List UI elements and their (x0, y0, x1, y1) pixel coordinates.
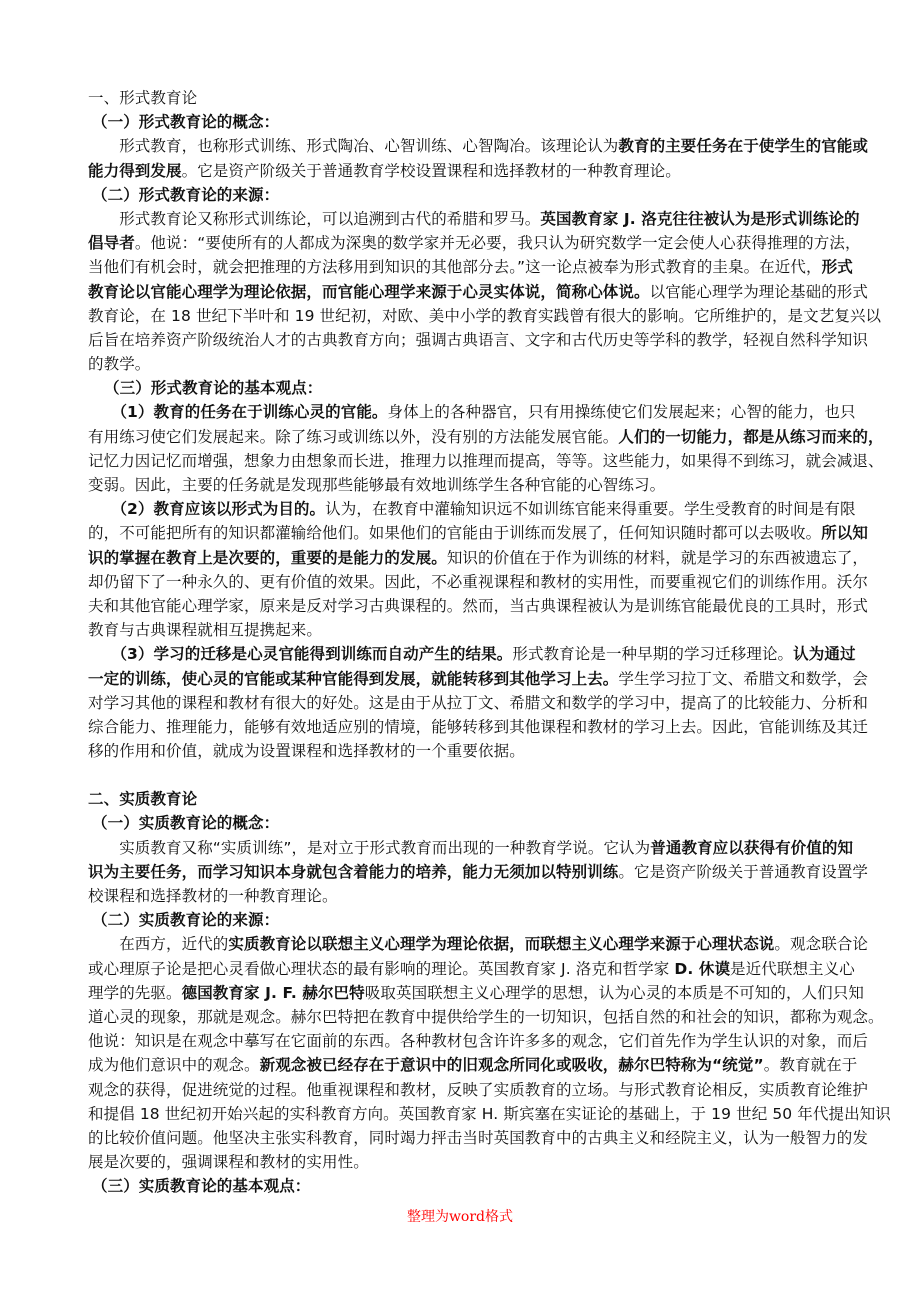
text: 吸取英国联想主义心理学的思想，认为心灵的本质是不可知的，人们只知 (365, 984, 864, 1002)
document-page: 一、形式教育论 （一）形式教育论的概念： 形式教育，也称形式训练、形式陶冶、心智… (88, 86, 870, 1198)
text-line: 形式教育，也称形式训练、形式陶冶、心智训练、心智陶冶。该理论认为教育的主要任务在… (88, 134, 870, 158)
subsection-heading: （一）形式教育论的概念： (88, 110, 870, 134)
text: 展是次要的，强调课程和教材的实用性。 (88, 1153, 369, 1171)
text: 。它是资产阶级关于普通教育设置学 (618, 863, 868, 881)
text-line: 记忆力因记忆而增强，想象力由想象而长进，推理力以推理而提高，等等。这些能力，如果… (88, 449, 870, 473)
text-line: 教育论以官能心理学为理论依据，而官能心理学来源于心灵实体说，简称心体说。以官能心… (88, 280, 870, 304)
text: 记忆力因记忆而增强，想象力由想象而长进，推理力以推理而提高，等等。这些能力，如果… (88, 452, 884, 470)
bold-text: 英国教育家 J. 洛克往往被认为是形式训练论的 (540, 210, 859, 228)
text: 身体上的各种器官，只有用操练使它们发展起来；心智的能力，也只 (388, 403, 856, 421)
text-line: （1）教育的任务在于训练心灵的官能。身体上的各种器官，只有用操练使它们发展起来；… (88, 400, 870, 424)
text-line: 移的作用和价值，就成为设置课程和选择教材的一个重要依据。 (88, 739, 870, 763)
paragraph: 在西方，近代的实质教育论以联想主义心理学为理论依据，而联想主义心理学来源于心理状… (88, 932, 870, 1174)
text-line: 或心理原子论是把心灵看做心理状态的最有影响的理论。英国教育家 J. 洛克和哲学家… (88, 957, 870, 981)
text: 以官能心理学为理论基础的形式 (650, 283, 868, 301)
text-line: 在西方，近代的实质教育论以联想主义心理学为理论依据，而联想主义心理学来源于心理状… (88, 932, 870, 956)
text-line: 对学习其他的课程和教材有很大的好处。这是由于从拉丁文、希腊文和数学的学习中，提高… (88, 691, 870, 715)
bold-text: 认为通过 (793, 645, 855, 663)
text-line: 教育与古典课程就相互提携起来。 (88, 618, 870, 642)
text-line: 一定的训练，使心灵的官能或某种官能得到发展，就能转移到其他学习上去。学生学习拉丁… (88, 667, 870, 691)
bold-text: （1）教育的任务在于训练心灵的官能。 (88, 403, 388, 421)
text: 夫和其他官能心理学家，原来是反对学习古典课程的。然而，当古典课程被认为是训练官能… (88, 597, 868, 615)
text-line: 成为他们意识中的观念。新观念被已经存在于意识中的旧观念所同化或吸收，赫尔巴特称为… (88, 1053, 870, 1077)
text-line: 他说：知识是在观念中摹写在它面前的东西。各种教材包含许许多多的观念，它们首先作为… (88, 1029, 870, 1053)
text-line: 当他们有机会时，就会把推理的方法移用到知识的其他部分去。”这一论点被奉为形式教育… (88, 255, 870, 279)
text-line: 的，不可能把所有的知识都灌输给他们。如果他们的官能由于训练而发展了，任何知识随时… (88, 521, 870, 545)
text-line: 理学的先驱。德国教育家 J. F. 赫尔巴特吸取英国联想主义心理学的思想，认为心… (88, 981, 870, 1005)
bold-text: 倡导者 (88, 234, 135, 252)
paragraph-point-3: （3）学习的迁移是心灵官能得到训练而自动产生的结果。形式教育论是一种早期的学习迁… (88, 642, 870, 763)
text: 对学习其他的课程和教材有很大的好处。这是由于从拉丁文、希腊文和数学的学习中，提高… (88, 694, 868, 712)
text-line: 道心灵的现象，那就是观念。赫尔巴特把在教育中提供给学生的一切知识，包括自然的和社… (88, 1005, 870, 1029)
bold-text: D. 休谟 (674, 960, 730, 978)
text-line: 后旨在培养资产阶级统治人才的古典教育方向；强调古典语言、文字和古代历史等学科的教… (88, 328, 870, 352)
text-line: 和提倡 18 世纪初开始兴起的实科教育方向。英国教育家 H. 斯宾塞在实证论的基… (88, 1102, 870, 1126)
paragraph-point-1: （1）教育的任务在于训练心灵的官能。身体上的各种器官，只有用操练使它们发展起来；… (88, 400, 870, 497)
bold-text: （2）教育应该以形式为目的。 (88, 500, 325, 518)
subsection-heading: （二）形式教育论的来源： (88, 183, 870, 207)
text-line: 倡导者。他说：“要使所有的人都成为深奥的数学家并无必要，我只认为研究数学一定会使… (88, 231, 870, 255)
subsection-heading: （一）实质教育论的概念： (88, 811, 870, 835)
text-line: 教育论，在 18 世纪下半叶和 19 世纪初，对欧、美中小学的教育实践曾有很大的… (88, 304, 870, 328)
text: 实质教育又称“实质训练”，是对立于形式教育而出现的一种教育学说。它认为 (88, 839, 650, 857)
bold-text: 德国教育家 J. F. 赫尔巴特 (182, 984, 365, 1002)
bold-text: 形式 (822, 258, 853, 276)
text-line: 能力得到发展。它是资产阶级关于普通教育学校设置课程和选择教材的一种教育理论。 (88, 159, 870, 183)
text: 认为，在教育中灌输知识远不如训练官能来得重要。学生受教育的时间是有限 (325, 500, 855, 518)
text-line: 有用练习使它们发展起来。除了练习或训练以外，没有别的方法能发展官能。人们的一切能… (88, 425, 870, 449)
text: 当他们有机会时，就会把推理的方法移用到知识的其他部分去。”这一论点被奉为形式教育… (88, 258, 822, 276)
text: 校课程和选择教材的一种教育理论。 (88, 887, 338, 905)
bold-text: 所以知 (821, 524, 868, 542)
text-line: 却仍留下了一种永久的、更有价值的效果。因此，不必重视课程和教材的实用性，而要重视… (88, 570, 870, 594)
bold-text: 实质教育论以联想主义心理学为理论依据，而联想主义心理学来源于心理状态说 (228, 935, 774, 953)
text-line: 实质教育又称“实质训练”，是对立于形式教育而出现的一种教育学说。它认为普通教育应… (88, 836, 870, 860)
text: 却仍留下了一种永久的、更有价值的效果。因此，不必重视课程和教材的实用性，而要重视… (88, 573, 868, 591)
text: 变弱。因此，主要的任务就是发现那些能够最有效地训练学生各种官能的心智练习。 (88, 476, 665, 494)
text: 在西方，近代的 (88, 935, 228, 953)
text: 知识的价值在于作为训练的材料，就是学习的东西被遗忘了， (447, 549, 868, 567)
text: 的比较价值问题。他坚决主张实科教育，同时竭力抨击当时英国教育中的古典主义和经院主… (88, 1129, 868, 1147)
bold-text: 识的掌握在教育上是次要的，重要的是能力的发展。 (88, 549, 447, 567)
text-line: （3）学习的迁移是心灵官能得到训练而自动产生的结果。形式教育论是一种早期的学习迁… (88, 642, 870, 666)
text: 。它是资产阶级关于普通教育学校设置课程和选择教材的一种教育理论。 (182, 162, 681, 180)
text: 。他说：“要使所有的人都成为深奥的数学家并无必要，我只认为研究数学一定会使人心获… (135, 234, 861, 252)
text: 。教育就在于 (764, 1056, 858, 1074)
text: 形式教育，也称形式训练、形式陶冶、心智训练、心智陶冶。该理论认为 (88, 137, 618, 155)
text-line: 夫和其他官能心理学家，原来是反对学习古典课程的。然而，当古典课程被认为是训练官能… (88, 594, 870, 618)
subsection-heading: （三）形式教育论的基本观点： (88, 376, 870, 400)
bold-text: （3）学习的迁移是心灵官能得到训练而自动产生的结果。 (88, 645, 512, 663)
text: 他说：知识是在观念中摹写在它面前的东西。各种教材包含许许多多的观念，它们首先作为… (88, 1032, 868, 1050)
bold-text: 普通教育应以获得有价值的知 (650, 839, 853, 857)
paragraph-point-2: （2）教育应该以形式为目的。认为，在教育中灌输知识远不如训练官能来得重要。学生受… (88, 497, 870, 642)
subsection-heading: （二）实质教育论的来源： (88, 908, 870, 932)
text: 是近代联想主义心 (730, 960, 855, 978)
text: 理学的先驱。 (88, 984, 182, 1002)
paragraph: 形式教育，也称形式训练、形式陶冶、心智训练、心智陶冶。该理论认为教育的主要任务在… (88, 134, 870, 182)
bold-text: 一定的训练，使心灵的官能或某种官能得到发展，就能转移到其他学习上去。 (88, 670, 618, 688)
bold-text: 人们的一切能力，都是从练习而来的， (618, 428, 883, 446)
subsection-heading: （三）实质教育论的基本观点： (88, 1174, 870, 1198)
section-title: 一、形式教育论 (88, 86, 870, 110)
text: 有用练习使它们发展起来。除了练习或训练以外，没有别的方法能发展官能。 (88, 428, 618, 446)
text-line: 变弱。因此，主要的任务就是发现那些能够最有效地训练学生各种官能的心智练习。 (88, 473, 870, 497)
text: 。观念联合论 (774, 935, 868, 953)
text: 形式教育论是一种早期的学习迁移理论。 (512, 645, 793, 663)
text: 综合能力、推理能力，能够有效地适应别的情境，能够转移到其他课程和教材的学习上去。… (88, 718, 868, 736)
text: 教育与古典课程就相互提携起来。 (88, 621, 322, 639)
text: 学生学习拉丁文、希腊文和数学，会 (618, 670, 868, 688)
bold-text: 识为主要任务，而学习知识本身就包含着能力的培养，能力无须加以特别训练 (88, 863, 618, 881)
text: 道心灵的现象，那就是观念。赫尔巴特把在教育中提供给学生的一切知识，包括自然的和社… (88, 1008, 884, 1026)
section-title: 二、实质教育论 (88, 787, 870, 811)
text-line: 识的掌握在教育上是次要的，重要的是能力的发展。知识的价值在于作为训练的材料，就是… (88, 546, 870, 570)
text-line: 的比较价值问题。他坚决主张实科教育，同时竭力抨击当时英国教育中的古典主义和经院主… (88, 1126, 870, 1150)
text-line: 展是次要的，强调课程和教材的实用性。 (88, 1150, 870, 1174)
text: 和提倡 18 世纪初开始兴起的实科教育方向。英国教育家 H. 斯宾塞在实证论的基… (88, 1105, 891, 1123)
text: 形式教育论又称形式训练论，可以追溯到古代的希腊和罗马。 (88, 210, 540, 228)
text-line: 校课程和选择教材的一种教育理论。 (88, 884, 870, 908)
text-line: 综合能力、推理能力，能够有效地适应别的情境，能够转移到其他课程和教材的学习上去。… (88, 715, 870, 739)
text: 或心理原子论是把心灵看做心理状态的最有影响的理论。英国教育家 J. 洛克和哲学家 (88, 960, 674, 978)
text-line: 识为主要任务，而学习知识本身就包含着能力的培养，能力无须加以特别训练。它是资产阶… (88, 860, 870, 884)
text-line: 形式教育论又称形式训练论，可以追溯到古代的希腊和罗马。英国教育家 J. 洛克往往… (88, 207, 870, 231)
text: 成为他们意识中的观念。 (88, 1056, 260, 1074)
footer-watermark: 整理为word格式 (0, 1206, 920, 1226)
bold-text: 教育论以官能心理学为理论依据，而官能心理学来源于心灵实体说，简称心体说。 (88, 283, 650, 301)
bold-text: 新观念被已经存在于意识中的旧观念所同化或吸收，赫尔巴特称为“统觉” (260, 1056, 764, 1074)
text: 后旨在培养资产阶级统治人才的古典教育方向；强调古典语言、文字和古代历史等学科的教… (88, 331, 868, 349)
text: 教育论，在 18 世纪下半叶和 19 世纪初，对欧、美中小学的教育实践曾有很大的… (88, 307, 881, 325)
text: 的教学。 (88, 355, 150, 373)
text-line: 的教学。 (88, 352, 870, 376)
bold-text: 能力得到发展 (88, 162, 182, 180)
text: 的，不可能把所有的知识都灌输给他们。如果他们的官能由于训练而发展了，任何知识随时… (88, 524, 821, 542)
text: 移的作用和价值，就成为设置课程和选择教材的一个重要依据。 (88, 742, 525, 760)
paragraph: 形式教育论又称形式训练论，可以追溯到古代的希腊和罗马。英国教育家 J. 洛克往往… (88, 207, 870, 376)
section-spacer (88, 763, 870, 787)
paragraph: 实质教育又称“实质训练”，是对立于形式教育而出现的一种教育学说。它认为普通教育应… (88, 836, 870, 909)
text: 观念的获得，促进统觉的过程。他重视课程和教材，反映了实质教育的立场。与形式教育论… (88, 1081, 868, 1099)
text-line: 观念的获得，促进统觉的过程。他重视课程和教材，反映了实质教育的立场。与形式教育论… (88, 1078, 870, 1102)
text-line: （2）教育应该以形式为目的。认为，在教育中灌输知识远不如训练官能来得重要。学生受… (88, 497, 870, 521)
bold-text: 教育的主要任务在于使学生的官能或 (618, 137, 868, 155)
